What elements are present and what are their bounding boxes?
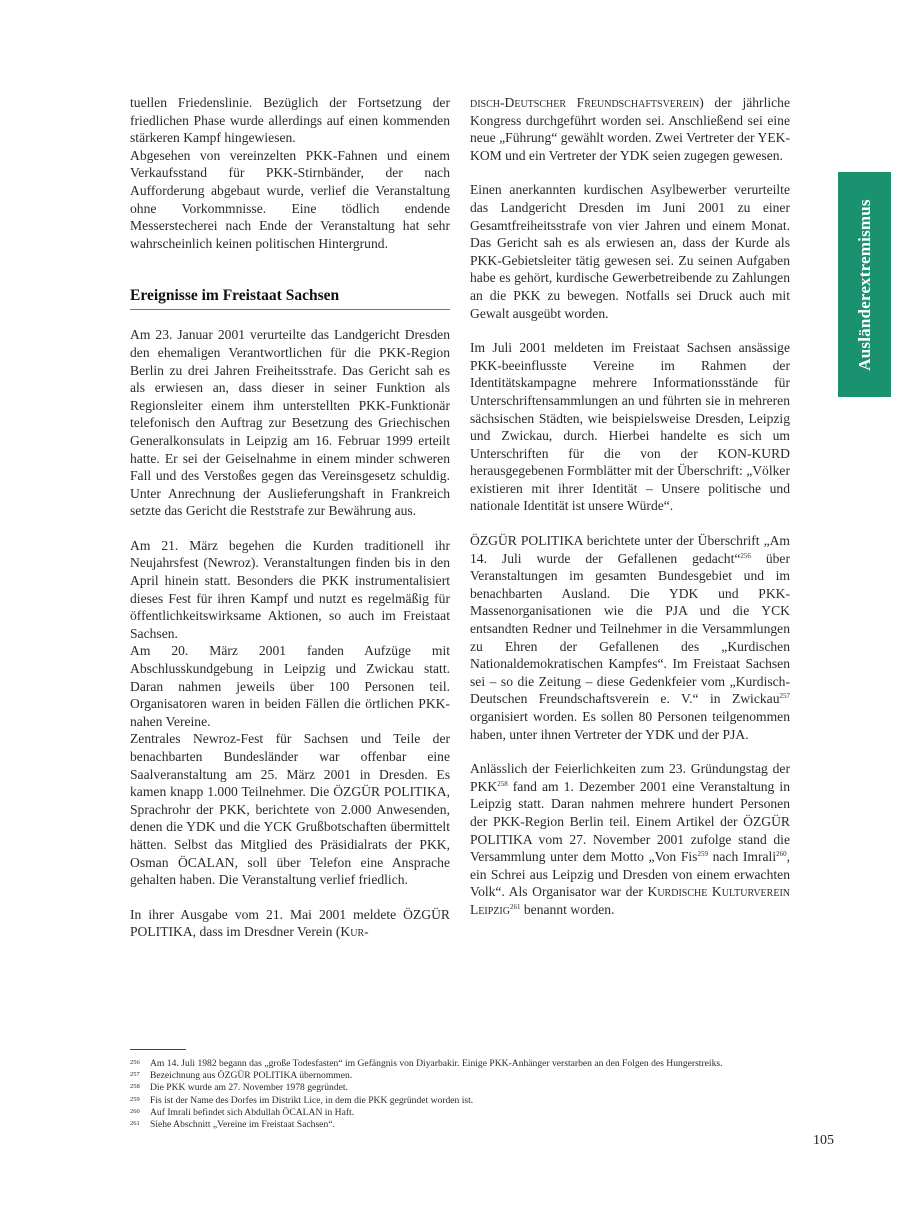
footnote-ref[interactable]: 257 — [780, 692, 791, 700]
footnote-ref[interactable]: 260 — [776, 850, 787, 858]
right-column: disch-Deutscher Freundschaftsverein) der… — [470, 94, 790, 919]
text-run: In ihrer Ausgabe vom 21. Mai 2001 meldet… — [130, 907, 450, 940]
small-caps-run: disch-Deutscher Freundschaftsverein — [470, 95, 699, 110]
section-side-tab-label: Ausländerextremismus — [855, 199, 875, 371]
footnote: 256Am 14. Juli 1982 begann das „große To… — [130, 1058, 790, 1070]
footnote-text: Am 14. Juli 1982 begann das „große Todes… — [150, 1058, 790, 1070]
paragraph: Am 21. März begehen die Kurden tradition… — [130, 537, 450, 643]
text-run: ÖZGÜR POLITIKA berichtete unter der Über… — [470, 533, 790, 566]
footnote: 259Fis ist der Name des Dorfes im Distri… — [130, 1095, 790, 1107]
paragraph: Einen anerkannten kurdischen Asylbewerbe… — [470, 181, 790, 322]
footnote-ref[interactable]: 261 — [510, 903, 521, 911]
paragraph: disch-Deutscher Freundschaftsverein) der… — [470, 94, 790, 164]
paragraph: Am 20. März 2001 fanden Aufzüge mit Absc… — [130, 642, 450, 730]
paragraph: tuellen Friedenslinie. Bezüglich der For… — [130, 94, 450, 147]
footnote-text: Die PKK wurde am 27. November 1978 gegrü… — [150, 1082, 790, 1094]
footnote-number: 261 — [130, 1119, 150, 1131]
paragraph: Im Juli 2001 meldeten im Freistaat Sachs… — [470, 339, 790, 515]
footnote-number: 258 — [130, 1082, 150, 1094]
footnote-number: 256 — [130, 1058, 150, 1070]
text-run: über Veranstaltungen im gesamten Bundesg… — [470, 551, 790, 707]
footnote-number: 259 — [130, 1095, 150, 1107]
footnote-number: 260 — [130, 1107, 150, 1119]
page-number: 105 — [813, 1133, 834, 1149]
text-run: benannt worden. — [520, 902, 614, 917]
footnote-ref[interactable]: 258 — [497, 780, 508, 788]
small-caps-run: Kur- — [340, 924, 368, 939]
footnote: 258Die PKK wurde am 27. November 1978 ge… — [130, 1082, 790, 1094]
footnote-divider — [130, 1049, 186, 1050]
footnotes: 256Am 14. Juli 1982 begann das „große To… — [130, 1058, 790, 1131]
paragraph: Abgesehen von vereinzelten PKK-Fahnen un… — [130, 147, 450, 253]
footnote: 260Auf Imrali befindet sich Abdullah ÖCA… — [130, 1107, 790, 1119]
paragraph: Anlässlich der Feierlichkeiten zum 23. G… — [470, 760, 790, 918]
footnote: 257Bezeichnung aus ÖZGÜR POLITIKA überno… — [130, 1070, 790, 1082]
footnote-text: Fis ist der Name des Dorfes im Distrikt … — [150, 1095, 790, 1107]
paragraph: ÖZGÜR POLITIKA berichtete unter der Über… — [470, 532, 790, 743]
paragraph: Am 23. Januar 2001 verurteilte das Landg… — [130, 326, 450, 520]
paragraph: In ihrer Ausgabe vom 21. Mai 2001 meldet… — [130, 906, 450, 941]
footnote: 261Siehe Abschnitt „Vereine im Freistaat… — [130, 1119, 790, 1131]
section-side-tab: Ausländerextremismus — [838, 172, 891, 397]
footnote-ref[interactable]: 259 — [697, 850, 708, 858]
section-heading: Ereignisse im Freistaat Sachsen — [130, 286, 450, 310]
text-run: nach Imrali — [708, 849, 776, 864]
text-run: organisiert worden. Es sollen 80 Persone… — [470, 709, 790, 742]
paragraph: Zentrales Newroz-Fest für Sachsen und Te… — [130, 730, 450, 888]
footnote-text: Bezeichnung aus ÖZGÜR POLITIKA übernomme… — [150, 1070, 790, 1082]
footnote-ref[interactable]: 256 — [740, 552, 751, 560]
footnote-text: Auf Imrali befindet sich Abdullah ÖCALAN… — [150, 1107, 790, 1119]
left-column: tuellen Friedenslinie. Bezüglich der For… — [130, 94, 450, 941]
footnote-text: Siehe Abschnitt „Vereine im Freistaat Sa… — [150, 1119, 790, 1131]
footnote-number: 257 — [130, 1070, 150, 1082]
